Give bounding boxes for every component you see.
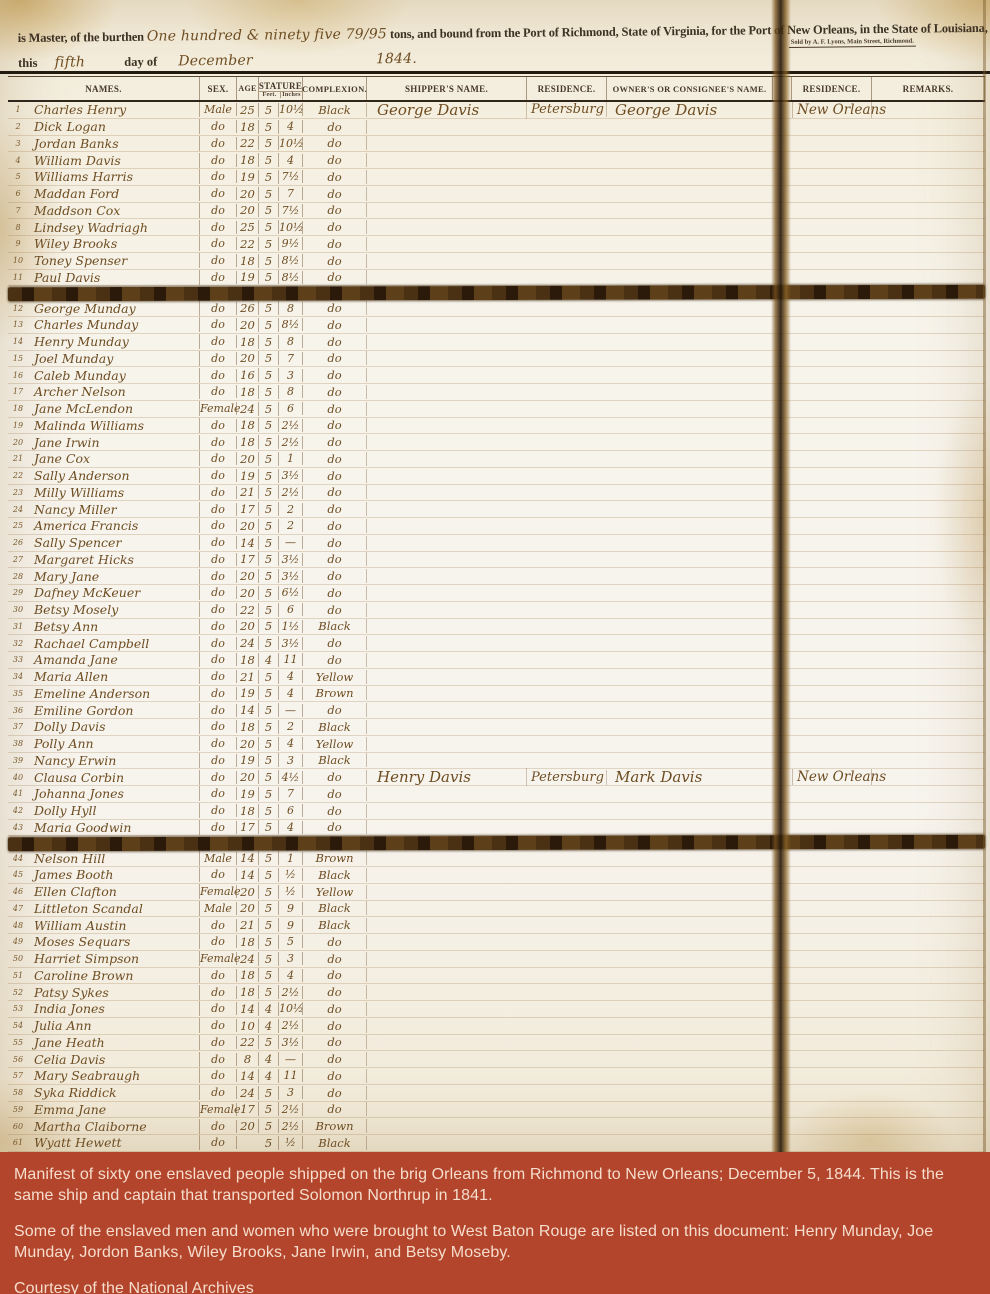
manifest-page: is Master, of the burthen One hundred & … xyxy=(0,0,990,1294)
cell-sex: Male xyxy=(200,852,237,865)
cell-age: 21 xyxy=(237,485,259,499)
row-number: 31 xyxy=(8,622,28,631)
row-number: 16 xyxy=(8,371,28,380)
cell-stature-feet: 5 xyxy=(259,1119,279,1133)
table-row: 55 Jane Heath do 22 5 3½ do xyxy=(8,1035,985,1052)
cell-age: 18 xyxy=(237,385,259,399)
cell-name: Dolly Hyll xyxy=(28,803,200,818)
cell-name: Maria Allen xyxy=(28,669,200,684)
column-header-age: AGE xyxy=(237,77,259,100)
cell-age: 20 xyxy=(237,586,259,600)
cell-age: 20 xyxy=(237,203,259,217)
cell-age: 19 xyxy=(237,170,259,184)
row-number: 7 xyxy=(8,206,28,215)
cell-stature-inches: 2½ xyxy=(279,986,303,999)
table-row: 37 Dolly Davis do 18 5 2 Black xyxy=(8,719,985,736)
cell-name: Clausa Corbin xyxy=(28,770,200,785)
cell-name: Joel Munday xyxy=(28,351,200,366)
cell-stature-inches: 1½ xyxy=(279,620,303,633)
table-row: 44 Nelson Hill Male 14 5 1 Brown xyxy=(8,850,985,867)
cell-stature-feet: 5 xyxy=(259,318,279,332)
cell-age: 18 xyxy=(237,985,259,999)
cell-sex: Female xyxy=(200,402,237,415)
table-row: 14 Henry Munday do 18 5 8 do xyxy=(8,334,985,351)
cell-stature-inches: 7½ xyxy=(279,170,303,183)
cell-stature-inches: 2½ xyxy=(279,486,303,499)
cell-stature-feet: 5 xyxy=(259,918,279,932)
cell-stature-feet: 5 xyxy=(259,502,279,516)
cell-stature-feet: 5 xyxy=(259,968,279,982)
cell-stature-inches: 3 xyxy=(279,1086,303,1099)
cell-stature-feet: 5 xyxy=(259,385,279,399)
cell-sex: do xyxy=(200,221,237,234)
cell-complexion: do xyxy=(303,136,367,150)
cell-age: 18 xyxy=(237,935,259,949)
cell-sex: do xyxy=(200,154,237,167)
cell-name: Syka Riddick xyxy=(28,1085,200,1100)
row-number: 19 xyxy=(8,421,28,430)
row-number: 38 xyxy=(8,739,28,748)
cell-stature-inches: — xyxy=(279,704,303,717)
cell-stature-inches: ½ xyxy=(279,885,303,898)
cell-complexion: Black xyxy=(303,1136,367,1150)
cell-name: Maddan Ford xyxy=(28,186,200,201)
row-number: 40 xyxy=(8,773,28,782)
row-number: 2 xyxy=(8,122,28,131)
cell-sex: do xyxy=(200,469,237,482)
cell-name: Williams Harris xyxy=(28,169,200,184)
cell-stature-feet: 5 xyxy=(259,952,279,966)
cell-sex: do xyxy=(200,986,237,999)
cell-name: Moses Sequars xyxy=(28,934,200,949)
cell-age: 18 xyxy=(237,418,259,432)
table-rows: 1 Charles Henry Male 25 5 10½ Black Geor… xyxy=(8,102,985,1152)
handwritten-month: December xyxy=(178,53,253,70)
table-row: 34 Maria Allen do 21 5 4 Yellow xyxy=(8,669,985,686)
row-number: 17 xyxy=(8,387,28,396)
cell-stature-inches: 7 xyxy=(279,187,303,200)
table-row: 5 Williams Harris do 19 5 7½ do xyxy=(8,169,985,186)
cell-stature-inches: 8 xyxy=(279,335,303,348)
cell-complexion: Brown xyxy=(303,851,367,865)
table-row: 21 Jane Cox do 20 5 1 do xyxy=(8,451,985,468)
cell-complexion: Brown xyxy=(303,1119,367,1133)
cell-complexion: do xyxy=(303,935,367,949)
cell-name: Ellen Clafton xyxy=(28,884,200,899)
cell-name: William Austin xyxy=(28,918,200,933)
cell-shipper-name: George Davis xyxy=(367,101,527,119)
table-row: 33 Amanda Jane do 18 4 11 do xyxy=(8,652,985,669)
cell-stature-inches: 3½ xyxy=(279,570,303,583)
table-row: 58 Syka Riddick do 24 5 3 do xyxy=(8,1085,985,1102)
cell-shipper-residence: Petersburg xyxy=(527,770,607,785)
cell-age: 10 xyxy=(237,1019,259,1033)
cell-stature-feet: 5 xyxy=(259,770,279,784)
cell-age: 24 xyxy=(237,1086,259,1100)
row-number: 52 xyxy=(8,988,28,997)
cell-stature-inches: 2 xyxy=(279,503,303,516)
cell-stature-feet: 5 xyxy=(259,402,279,416)
cell-complexion: do xyxy=(303,220,367,234)
row-number: 14 xyxy=(8,337,28,346)
row-number: 29 xyxy=(8,588,28,597)
cell-name: Jane Heath xyxy=(28,1035,200,1050)
cell-age: 18 xyxy=(237,120,259,134)
cell-sex: Male xyxy=(200,902,237,915)
row-number: 46 xyxy=(8,887,28,896)
table-row: 50 Harriet Simpson Female 24 5 3 do xyxy=(8,951,985,968)
cell-sex: do xyxy=(200,419,237,432)
cell-sex: do xyxy=(200,720,237,733)
cell-stature-inches: 4 xyxy=(279,670,303,683)
cell-name: Harriet Simpson xyxy=(28,951,200,966)
divider-rule xyxy=(0,71,990,74)
cell-age: 20 xyxy=(237,770,259,784)
cell-stature-feet: 4 xyxy=(259,653,279,667)
cell-shipper-residence: Petersburg xyxy=(527,102,607,117)
cell-sex: do xyxy=(200,969,237,982)
cell-age: 19 xyxy=(237,753,259,767)
cell-stature-inches: 4 xyxy=(279,120,303,133)
column-header-shipper: SHIPPER'S NAME. xyxy=(367,77,527,100)
cell-age: 17 xyxy=(237,552,259,566)
cell-stature-feet: 5 xyxy=(259,753,279,767)
cell-sex: do xyxy=(200,137,237,150)
cell-name: Patsy Sykes xyxy=(28,985,200,1000)
cell-sex: do xyxy=(200,821,237,834)
row-number: 34 xyxy=(8,672,28,681)
cell-stature-inches: 10½ xyxy=(279,137,303,150)
row-number: 41 xyxy=(8,789,28,798)
row-number: 23 xyxy=(8,488,28,497)
cell-stature-feet: 5 xyxy=(259,418,279,432)
cell-stature-feet: 5 xyxy=(259,636,279,650)
row-number: 4 xyxy=(8,156,28,165)
cell-stature-inches: 6½ xyxy=(279,586,303,599)
cell-age: 21 xyxy=(237,670,259,684)
cell-name: Amanda Jane xyxy=(28,652,200,667)
table-row: 30 Betsy Mosely do 22 5 6 do xyxy=(8,602,985,619)
cell-complexion: do xyxy=(303,469,367,483)
cell-name: Dick Logan xyxy=(28,119,200,134)
table-row: 39 Nancy Erwin do 19 5 3 Black xyxy=(8,753,985,770)
cell-stature-feet: 5 xyxy=(259,103,279,117)
cell-stature-inches: 11 xyxy=(279,1069,303,1082)
cell-sex: do xyxy=(200,436,237,449)
cell-stature-inches: 11 xyxy=(279,653,303,666)
cell-sex: do xyxy=(200,637,237,650)
cell-stature-feet: 5 xyxy=(259,552,279,566)
cell-sex: do xyxy=(200,687,237,700)
cell-age: 20 xyxy=(237,351,259,365)
cell-stature-feet: 5 xyxy=(259,935,279,949)
cell-stature-feet: 5 xyxy=(259,254,279,268)
cell-name: Archer Nelson xyxy=(28,384,200,399)
table-row: 11 Paul Davis do 19 5 8½ do xyxy=(8,270,985,287)
table-row: 23 Milly Williams do 21 5 2½ do xyxy=(8,485,985,502)
printed-text: day of xyxy=(124,55,157,69)
cell-sex: do xyxy=(200,352,237,365)
paper-edge xyxy=(983,0,986,1152)
cell-stature-feet: 5 xyxy=(259,619,279,633)
cell-stature-inches: — xyxy=(279,1053,303,1066)
cell-age: 24 xyxy=(237,952,259,966)
caption-paragraph-1: Manifest of sixty one enslaved people sh… xyxy=(14,1164,974,1206)
cell-stature-inches: 2½ xyxy=(279,1120,303,1133)
cell-sex: do xyxy=(200,935,237,948)
cell-stature-feet: 5 xyxy=(259,187,279,201)
cell-complexion: do xyxy=(303,203,367,217)
cell-sex: do xyxy=(200,737,237,750)
cell-age: 19 xyxy=(237,787,259,801)
cell-stature-inches: 4 xyxy=(279,821,303,834)
cell-sex: do xyxy=(200,519,237,532)
cell-stature-inches: 4 xyxy=(279,969,303,982)
row-number: 30 xyxy=(8,605,28,614)
cell-complexion: do xyxy=(303,301,367,315)
cell-owner-residence: New Orleans xyxy=(792,102,872,118)
table-header-row: NAMES. SEX. AGE STATURE Feet. Inches COM… xyxy=(8,76,985,102)
cell-name: Malinda Williams xyxy=(28,418,200,433)
cell-sex: do xyxy=(200,536,237,549)
cell-name: Betsy Mosely xyxy=(28,602,200,617)
cell-complexion: do xyxy=(303,1019,367,1033)
vertical-fold-crease xyxy=(771,0,791,1152)
cell-stature-feet: 5 xyxy=(259,1086,279,1100)
cell-stature-feet: 5 xyxy=(259,851,279,865)
column-header-residence2: RESIDENCE. xyxy=(792,77,872,100)
stature-label: STATURE xyxy=(259,81,302,91)
cell-stature-feet: 5 xyxy=(259,435,279,449)
cell-sex: do xyxy=(200,254,237,267)
cell-name: Dafney McKeuer xyxy=(28,585,200,600)
cell-complexion: do xyxy=(303,452,367,466)
cell-stature-feet: 5 xyxy=(259,586,279,600)
table-row: 47 Littleton Scandal Male 20 5 9 Black xyxy=(8,901,985,918)
cell-stature-feet: 5 xyxy=(259,351,279,365)
row-number: 9 xyxy=(8,239,28,248)
cell-stature-feet: 5 xyxy=(259,868,279,882)
row-number: 22 xyxy=(8,471,28,480)
cell-name: Lindsey Wadriagh xyxy=(28,220,200,235)
cell-name: India Jones xyxy=(28,1001,200,1016)
cell-complexion: do xyxy=(303,1069,367,1083)
cell-complexion: do xyxy=(303,636,367,650)
table-row: 36 Emiline Gordon do 14 5 — do xyxy=(8,702,985,719)
row-number: 5 xyxy=(8,172,28,181)
cell-name: Polly Ann xyxy=(28,736,200,751)
cell-age: 20 xyxy=(237,737,259,751)
cell-sex: do xyxy=(200,237,237,250)
cell-sex: do xyxy=(200,385,237,398)
horizontal-fold-crease xyxy=(8,285,985,302)
table-row: 45 James Booth do 14 5 ½ Black xyxy=(8,867,985,884)
caption-paragraph-2: Some of the enslaved men and women who w… xyxy=(14,1221,974,1263)
row-number: 1 xyxy=(8,105,28,114)
cell-complexion: do xyxy=(303,385,367,399)
cell-complexion: do xyxy=(303,586,367,600)
cell-complexion: Black xyxy=(303,918,367,932)
row-number: 24 xyxy=(8,505,28,514)
cell-stature-feet: 5 xyxy=(259,153,279,167)
cell-name: Jane Cox xyxy=(28,451,200,466)
cell-stature-inches: 1 xyxy=(279,852,303,865)
cell-stature-feet: 5 xyxy=(259,569,279,583)
cell-age: 8 xyxy=(237,1052,259,1066)
cell-age: 21 xyxy=(237,918,259,932)
cell-sex: do xyxy=(200,620,237,633)
cell-sex: do xyxy=(200,670,237,683)
cell-sex: do xyxy=(200,804,237,817)
row-number: 33 xyxy=(8,655,28,664)
cell-stature-inches: 6 xyxy=(279,804,303,817)
cell-name: Jordan Banks xyxy=(28,136,200,151)
cell-complexion: Yellow xyxy=(303,737,367,751)
cell-stature-feet: 5 xyxy=(259,670,279,684)
table-row: 40 Clausa Corbin do 20 5 4½ do Henry Dav… xyxy=(8,769,985,786)
cell-stature-feet: 5 xyxy=(259,203,279,217)
cell-owner-name: Mark Davis xyxy=(607,768,773,786)
row-number: 21 xyxy=(8,454,28,463)
row-number: 59 xyxy=(8,1105,28,1114)
cell-stature-feet: 5 xyxy=(259,485,279,499)
table-row: 38 Polly Ann do 20 5 4 Yellow xyxy=(8,736,985,753)
cell-sex: do xyxy=(200,919,237,932)
inches-label: Inches xyxy=(281,92,302,98)
cell-complexion: do xyxy=(303,653,367,667)
table-row: 8 Lindsey Wadriagh do 25 5 10½ do xyxy=(8,219,985,236)
row-number: 53 xyxy=(8,1004,28,1013)
cell-stature-inches: 3 xyxy=(279,369,303,382)
cell-stature-inches: 3½ xyxy=(279,553,303,566)
cell-stature-inches: 2 xyxy=(279,519,303,532)
row-number: 3 xyxy=(8,139,28,148)
cell-complexion: do xyxy=(303,435,367,449)
cell-complexion: Black xyxy=(303,619,367,633)
cell-stature-feet: 5 xyxy=(259,737,279,751)
row-number: 61 xyxy=(8,1138,28,1147)
table-row: 29 Dafney McKeuer do 20 5 6½ do xyxy=(8,585,985,602)
cell-age: 18 xyxy=(237,968,259,982)
cell-stature-inches: 3 xyxy=(279,754,303,767)
cell-stature-inches: 9½ xyxy=(279,237,303,250)
cell-name: Rachael Campbell xyxy=(28,636,200,651)
cell-sex: do xyxy=(200,1086,237,1099)
cell-stature-feet: 5 xyxy=(259,603,279,617)
cell-name: Charles Munday xyxy=(28,317,200,332)
table-row: 13 Charles Munday do 20 5 8½ do xyxy=(8,317,985,334)
cell-complexion: do xyxy=(303,270,367,284)
cell-name: Margaret Hicks xyxy=(28,552,200,567)
cell-name: Wiley Brooks xyxy=(28,236,200,251)
cell-sex: do xyxy=(200,586,237,599)
cell-complexion: Black xyxy=(303,753,367,767)
cell-stature-feet: 5 xyxy=(259,136,279,150)
cell-stature-inches: 2½ xyxy=(279,1103,303,1116)
row-number: 10 xyxy=(8,256,28,265)
cell-stature-inches: 8 xyxy=(279,302,303,315)
cell-age: 20 xyxy=(237,318,259,332)
cell-age: 19 xyxy=(237,686,259,700)
cell-complexion: do xyxy=(303,187,367,201)
cell-sex: do xyxy=(200,369,237,382)
cell-stature-inches: 8½ xyxy=(279,254,303,267)
row-number: 55 xyxy=(8,1038,28,1047)
cell-name: Emeline Anderson xyxy=(28,686,200,701)
cell-name: Milly Williams xyxy=(28,485,200,500)
cell-stature-inches: 3½ xyxy=(279,1036,303,1049)
cell-sex: Male xyxy=(200,103,237,116)
cell-sex: do xyxy=(200,603,237,616)
cell-age: 20 xyxy=(237,901,259,915)
cell-age: 17 xyxy=(237,1102,259,1116)
cell-age: 18 xyxy=(237,435,259,449)
row-number: 20 xyxy=(8,438,28,447)
column-header-owner: OWNER'S OR CONSIGNEE'S NAME. xyxy=(607,77,773,100)
cell-stature-feet: 5 xyxy=(259,120,279,134)
cell-name: Caroline Brown xyxy=(28,968,200,983)
table-row: 51 Caroline Brown do 18 5 4 do xyxy=(8,968,985,985)
row-number: 54 xyxy=(8,1021,28,1030)
cell-complexion: do xyxy=(303,418,367,432)
cell-stature-feet: 5 xyxy=(259,237,279,251)
cell-complexion: do xyxy=(303,820,367,834)
row-number: 43 xyxy=(8,823,28,832)
cell-complexion: do xyxy=(303,368,367,382)
cell-stature-inches: 3½ xyxy=(279,637,303,650)
cell-name: Nelson Hill xyxy=(28,851,200,866)
cell-name: Sally Anderson xyxy=(28,468,200,483)
cell-stature-feet: 5 xyxy=(259,270,279,284)
row-number: 18 xyxy=(8,404,28,413)
cell-name: Mary Jane xyxy=(28,569,200,584)
cell-name: Maddson Cox xyxy=(28,203,200,218)
cell-complexion: do xyxy=(303,519,367,533)
cell-stature-inches: 6 xyxy=(279,603,303,616)
cell-complexion: do xyxy=(303,1035,367,1049)
cell-sex: Female xyxy=(200,885,237,898)
cell-stature-feet: 5 xyxy=(259,804,279,818)
cell-stature-inches: 7 xyxy=(279,787,303,800)
cell-name: Charles Henry xyxy=(28,102,200,117)
cell-name: Emma Jane xyxy=(28,1102,200,1117)
table-row: 19 Malinda Williams do 18 5 2½ do xyxy=(8,418,985,435)
cell-sex: do xyxy=(200,868,237,881)
cell-sex: do xyxy=(200,787,237,800)
cell-stature-inches: 4 xyxy=(279,154,303,167)
cell-complexion: do xyxy=(303,1102,367,1116)
row-number: 11 xyxy=(8,273,28,282)
cell-complexion: Black xyxy=(303,901,367,915)
cell-age: 22 xyxy=(237,237,259,251)
cell-sex: do xyxy=(200,318,237,331)
cell-complexion: do xyxy=(303,770,367,784)
table-row: 6 Maddan Ford do 20 5 7 do xyxy=(8,186,985,203)
cell-sex: Female xyxy=(200,952,237,965)
row-number: 28 xyxy=(8,572,28,581)
row-number: 39 xyxy=(8,756,28,765)
cell-complexion: do xyxy=(303,985,367,999)
cell-name: Dolly Davis xyxy=(28,719,200,734)
cell-stature-inches: 8½ xyxy=(279,271,303,284)
cell-age: 14 xyxy=(237,536,259,550)
cell-sex: Female xyxy=(200,1103,237,1116)
column-header-remarks: REMARKS. xyxy=(872,77,985,100)
cell-name: Jane McLendon xyxy=(28,401,200,416)
cell-age: 18 xyxy=(237,153,259,167)
cell-stature-inches: 9 xyxy=(279,919,303,932)
cell-age: 20 xyxy=(237,187,259,201)
